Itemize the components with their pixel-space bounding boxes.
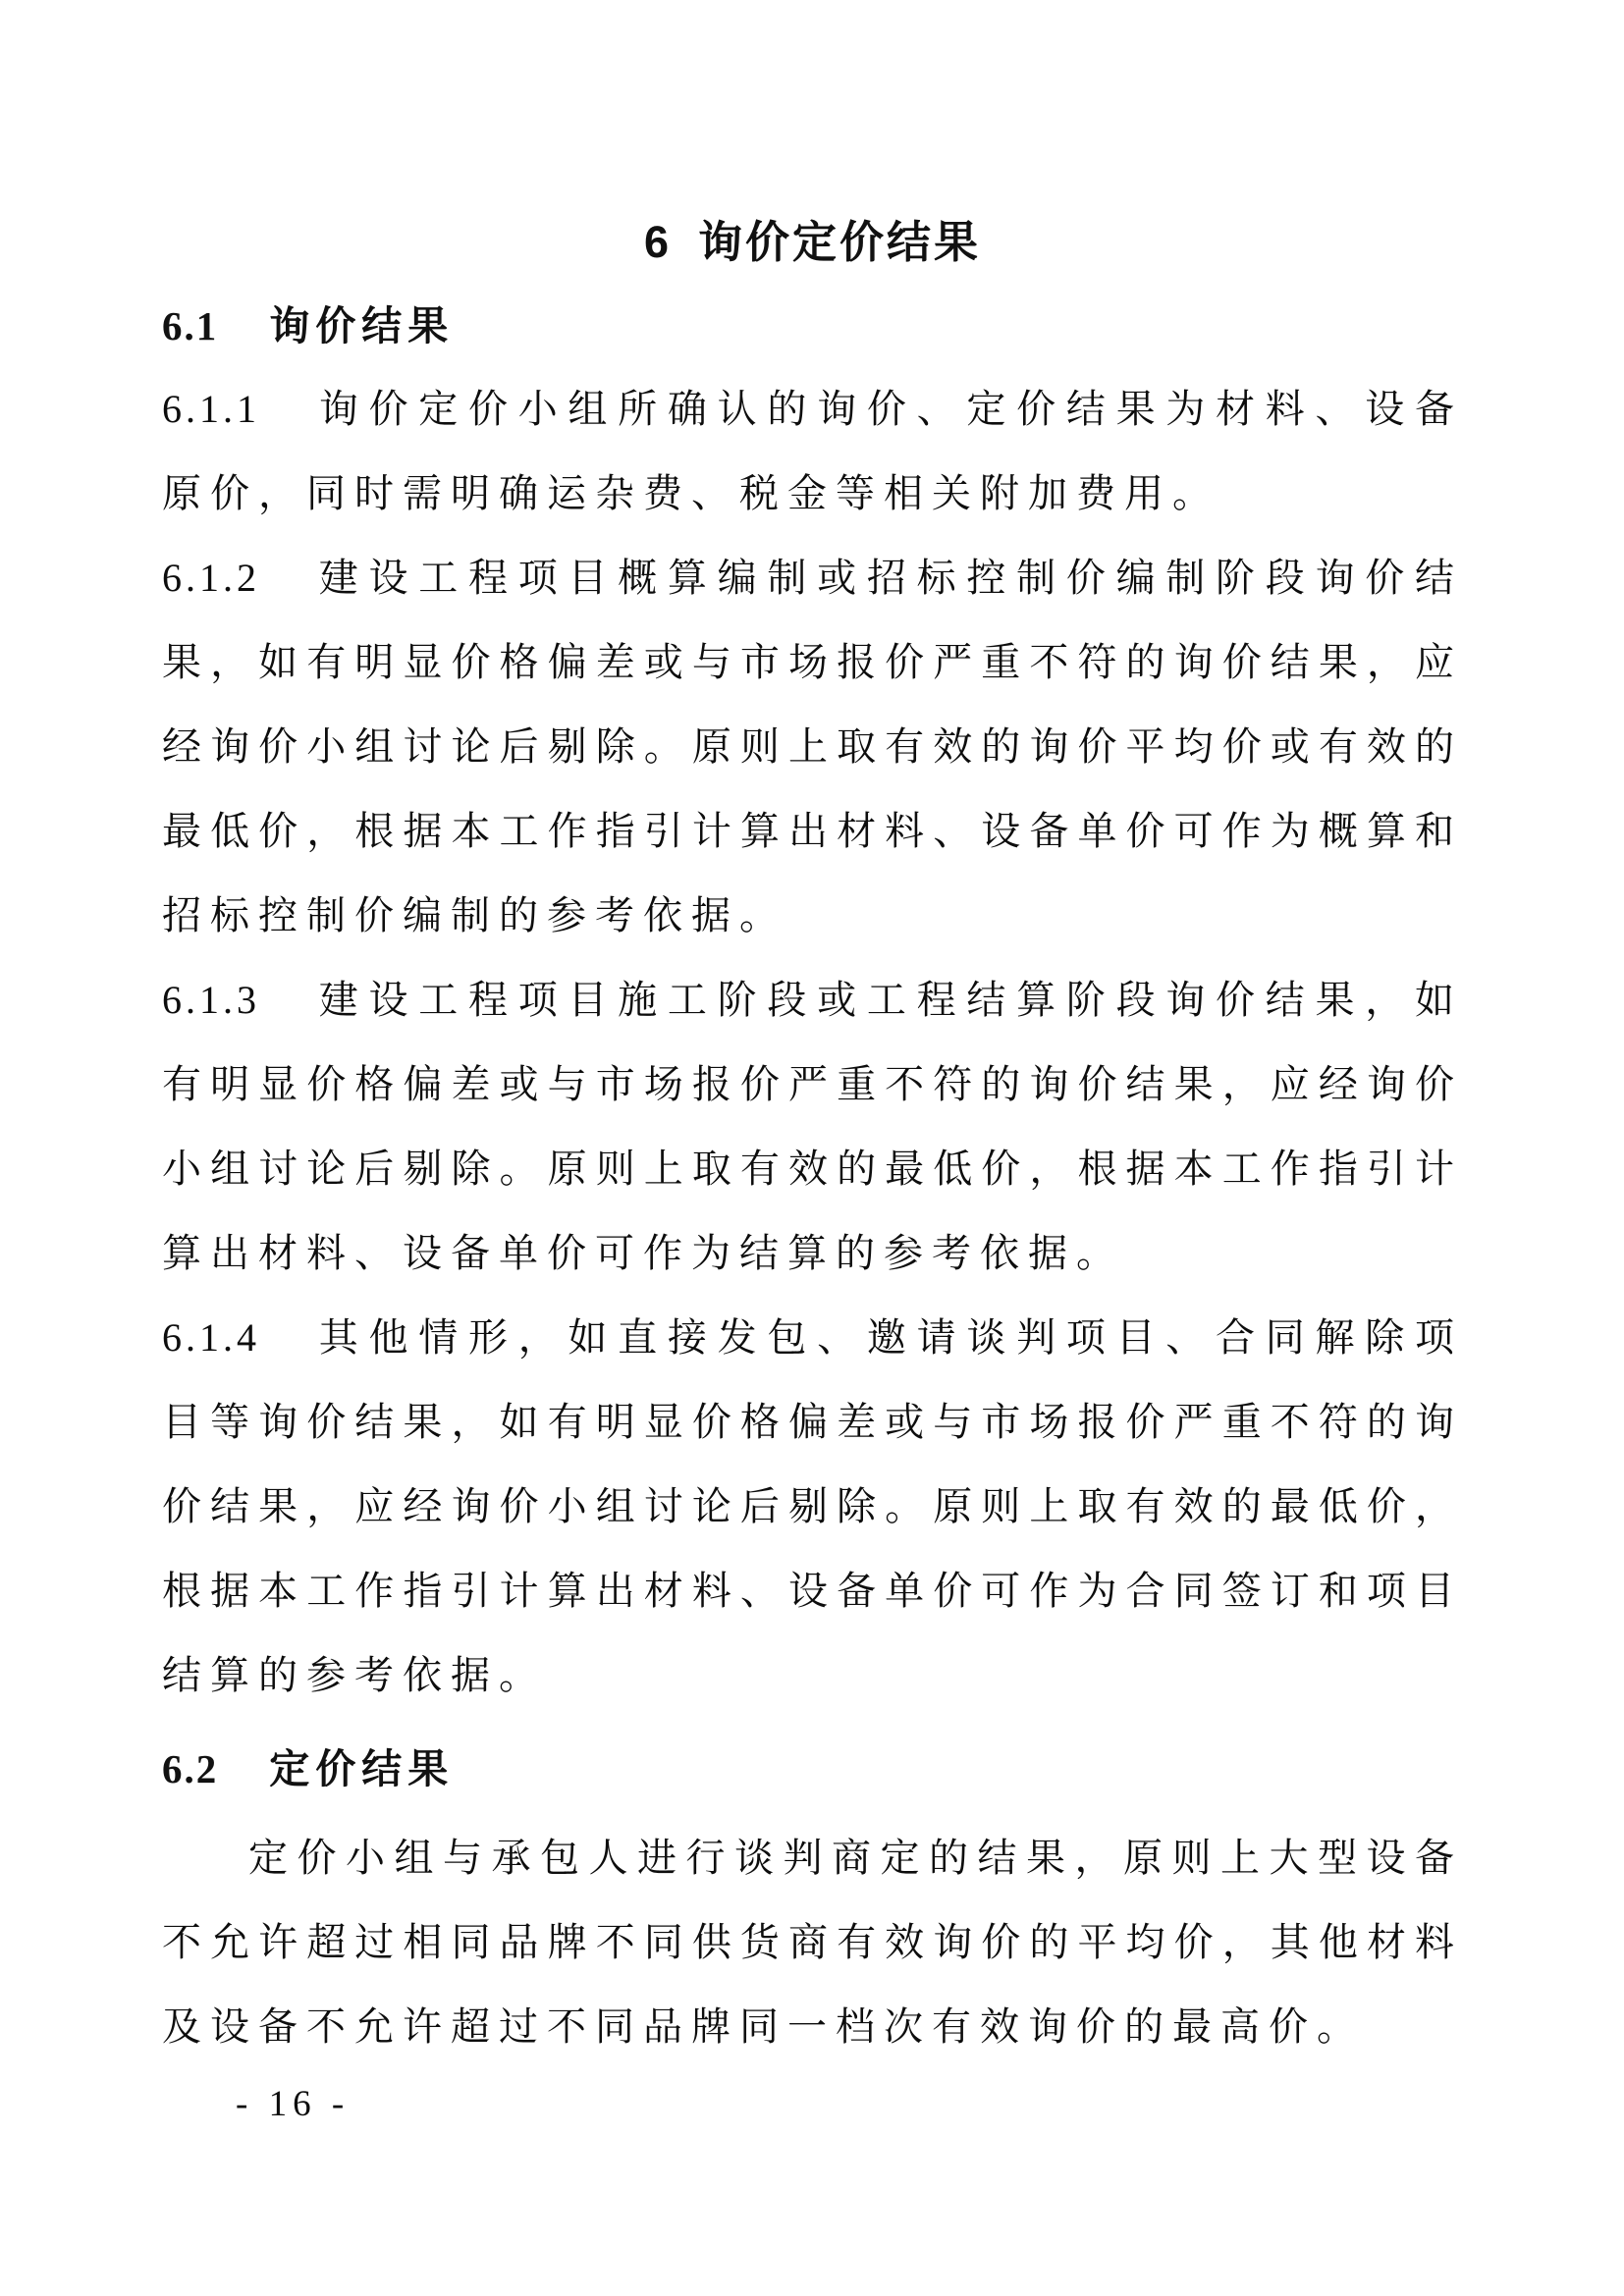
page-title: 6询价定价结果: [162, 218, 1463, 267]
section-heading-6-1: 6.1询价结果: [162, 302, 1463, 349]
section-heading-text: 询价结果: [269, 303, 454, 348]
paragraph-6-1-2: 6.1.2建设工程项目概算编制或招标控制价编制阶段询价结果，如有明显价格偏差或与…: [162, 536, 1463, 958]
paragraph-6-1-1: 6.1.1询价定价小组所确认的询价、定价结果为材料、设备原价，同时需明确运杂费、…: [162, 367, 1463, 536]
section-heading-6-2: 6.2定价结果: [162, 1745, 1463, 1792]
paragraph-6-1-4: 6.1.4其他情形，如直接发包、邀请谈判项目、合同解除项目等询价结果，如有明显价…: [162, 1296, 1463, 1718]
paragraph-text: 询价定价小组所确认的询价、定价结果为材料、设备原价，同时需明确运杂费、税金等相关…: [162, 387, 1463, 515]
page-number: - 16 -: [236, 2083, 350, 2125]
paragraph-text: 建设工程项目概算编制或招标控制价编制阶段询价结果，如有明显价格偏差或与市场报价严…: [162, 556, 1463, 937]
paragraph-6-2: 定价小组与承包人进行谈判商定的结果，原则上大型设备不允许超过相同品牌不同供货商有…: [162, 1816, 1463, 2069]
paragraph-text: 定价小组与承包人进行谈判商定的结果，原则上大型设备不允许超过相同品牌不同供货商有…: [162, 1836, 1463, 2049]
paragraph-number: 6.1.3: [162, 978, 260, 1022]
paragraph-6-1-3: 6.1.3建设工程项目施工阶段或工程结算阶段询价结果，如有明显价格偏差或与市场报…: [162, 958, 1463, 1296]
section-heading-text: 定价结果: [269, 1746, 454, 1791]
paragraph-text: 其他情形，如直接发包、邀请谈判项目、合同解除项目等询价结果，如有明显价格偏差或与…: [162, 1315, 1463, 1697]
paragraph-number: 6.1.2: [162, 556, 260, 600]
paragraph-number: 6.1.4: [162, 1315, 260, 1360]
section-heading-number: 6.1: [162, 303, 218, 348]
page-title-text: 询价定价结果: [698, 217, 981, 267]
document-page: 6询价定价结果 6.1询价结果 6.1.1询价定价小组所确认的询价、定价结果为材…: [0, 0, 1624, 2296]
paragraph-text: 建设工程项目施工阶段或工程结算阶段询价结果，如有明显价格偏差或与市场报价严重不符…: [162, 978, 1463, 1275]
page-content: 6询价定价结果 6.1询价结果 6.1.1询价定价小组所确认的询价、定价结果为材…: [0, 0, 1624, 2069]
paragraph-number: 6.1.1: [162, 387, 260, 431]
section-heading-number: 6.2: [162, 1746, 218, 1791]
page-title-number: 6: [644, 217, 669, 267]
